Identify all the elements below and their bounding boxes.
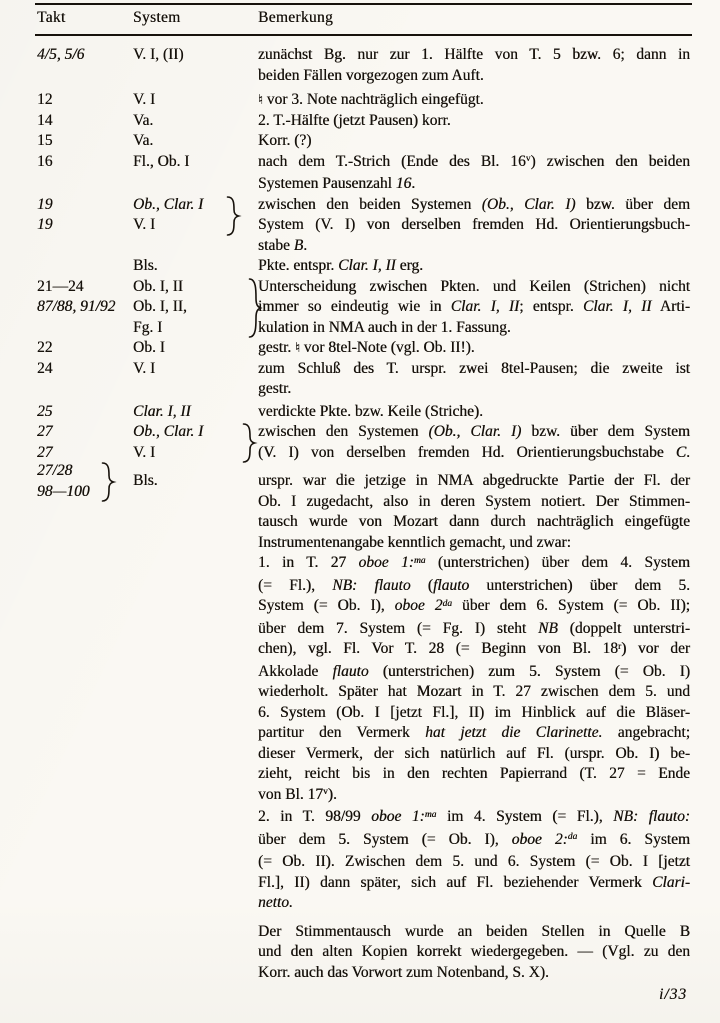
table-row: 12V. I♮ vor 3. Note nachträglich eingefü… bbox=[37, 90, 692, 111]
system-cell: Va. bbox=[133, 131, 258, 152]
takt-cell: 16 bbox=[37, 152, 133, 195]
takt-cell: 12 bbox=[37, 90, 133, 111]
document-page: Takt System Bemerkung 4/5, 5/6V. I, (II)… bbox=[0, 0, 720, 1023]
text-segment: 22 bbox=[37, 339, 53, 356]
text-segment: zum Schluß des T. urspr. zwei 8tel-Pause… bbox=[258, 360, 690, 377]
text-segment: 27 bbox=[37, 423, 53, 440]
column-header-system: System bbox=[133, 9, 180, 27]
text-segment: im 4. System (= Fl.), bbox=[436, 808, 613, 825]
text-segment: Ob., Clar. I bbox=[133, 423, 203, 440]
column-header-takt: Takt bbox=[37, 9, 66, 27]
text-segment: Instrumentenangabe kenntlich gemacht, un… bbox=[258, 534, 571, 551]
takt-text-line: 27/28 bbox=[37, 461, 133, 482]
table-row: 14Va.2. T.-Hälfte (jetzt Pausen) korr. bbox=[37, 111, 692, 132]
table-row: 25Clar. I, IIverdickte Pkte. bzw. Keile … bbox=[37, 402, 692, 423]
bem-cell: Korr. (?) bbox=[258, 131, 690, 152]
text-segment: (unterstrichen) über dem 4. System bbox=[426, 554, 690, 571]
text-segment: oboe 1: bbox=[359, 554, 414, 571]
text-segment: beiden Fällen vorgezogen zum Auft. bbox=[258, 67, 484, 84]
system-text-line: V. I bbox=[133, 443, 258, 464]
text-segment: urspr. war die jetzige in NMA abgedruckt… bbox=[258, 472, 690, 489]
text-segment: ; entspr. bbox=[519, 298, 583, 315]
bem-text-line: Korr. auch das Vorwort zum Notenband, S.… bbox=[258, 963, 690, 984]
system-text-line: Bls. bbox=[133, 471, 258, 492]
text-segment: wiederholt. Später hat Mozart in T. 27 z… bbox=[258, 683, 690, 700]
system-cell: Clar. I, II bbox=[133, 402, 258, 423]
text-segment: zunächst Bg. nur zur 1. Hälfte von T. 5 … bbox=[258, 46, 690, 63]
text-segment: Bls. bbox=[133, 472, 158, 489]
text-segment: Der Stimmentausch wurde an beiden Stelle… bbox=[258, 923, 690, 940]
bem-text-line: Fl.], II) dann später, sich auf Fl. bezi… bbox=[258, 873, 690, 894]
text-segment: Fl.], II) dann später, sich auf Fl. bezi… bbox=[258, 874, 652, 891]
bem-text-line: zunächst Bg. nur zur 1. Hälfte von T. 5 … bbox=[258, 45, 690, 66]
bem-text-line: verdickte Pkte. bzw. Keile (Striche). bbox=[258, 402, 690, 423]
bem-text-line: 6. System (Ob. I [jetzt Fl.], II) im Hin… bbox=[258, 703, 690, 724]
bem-text-line: urspr. war die jetzige in NMA abgedruckt… bbox=[258, 471, 690, 492]
text-segment: 98—100 bbox=[37, 483, 90, 500]
text-segment: Fg. I bbox=[133, 319, 162, 336]
text-segment: ( bbox=[411, 577, 433, 594]
text-segment: oboe 1: bbox=[371, 808, 425, 825]
text-segment: 14 bbox=[37, 112, 53, 129]
column-header-bemerkung: Bemerkung bbox=[258, 9, 333, 27]
bem-cell: urspr. war die jetzige in NMA abgedruckt… bbox=[258, 471, 690, 983]
text-segment: netto. bbox=[258, 894, 293, 911]
text-segment: oboe 2: bbox=[512, 831, 568, 848]
text-segment: flauto bbox=[433, 577, 469, 594]
table-row: 22Ob. Igestr. ♮ vor 8tel-Note (vgl. Ob. … bbox=[37, 338, 692, 359]
text-segment: Bls. bbox=[133, 257, 158, 274]
takt-text-line: 24 bbox=[37, 359, 133, 380]
text-segment: (V. I) von derselben fremden Hd. Orienti… bbox=[258, 444, 676, 461]
text-segment: bzw. über dem bbox=[576, 196, 690, 213]
text-segment: (= Fl.), bbox=[258, 577, 332, 594]
text-segment: nach dem T.-Strich (Ende des Bl. 16 bbox=[258, 153, 526, 170]
bem-text-line: dieser Vermerk, der sich natürlich auf F… bbox=[258, 744, 690, 765]
bem-text-line: kulation in NMA auch in der 1. Fassung. bbox=[258, 318, 690, 339]
bem-text-line: beiden Fällen vorgezogen zum Auft. bbox=[258, 66, 690, 87]
bem-text-line: von Bl. 17v). bbox=[258, 785, 690, 808]
text-segment: 4/5, 5/6 bbox=[37, 46, 84, 63]
system-cell: Ob. I, IIOb. I, II,Fg. I bbox=[133, 277, 258, 339]
table-row: Bls.Pkte. entspr. Clar. I, II erg. bbox=[37, 256, 692, 277]
takt-cell: 21—2487/88, 91/92 bbox=[37, 277, 133, 339]
takt-text-line: 27 bbox=[37, 443, 133, 464]
bem-text-line: chen), vgl. Fl. Vor T. 28 (= Beginn von … bbox=[258, 639, 690, 662]
table-row: 21—2487/88, 91/92Ob. I, IIOb. I, II,Fg. … bbox=[37, 277, 692, 339]
text-segment: unterstrichen) über dem 5. bbox=[469, 577, 690, 594]
system-cell: Ob., Clar. IV. I bbox=[133, 195, 258, 257]
table-row: 24V. Izum Schluß des T. urspr. zwei 8tel… bbox=[37, 359, 692, 400]
bem-text-line: 2. T.-Hälfte (jetzt Pausen) korr. bbox=[258, 111, 690, 132]
takt-text-line: 87/88, 91/92 bbox=[37, 297, 133, 318]
text-segment: NB bbox=[538, 620, 558, 637]
text-segment: System (V. I) von derselben fremden Hd. … bbox=[258, 216, 690, 233]
text-segment: (= Ob. II). Zwischen dem 5. und 6. Syste… bbox=[258, 853, 690, 870]
text-segment: Akkolade bbox=[258, 663, 332, 680]
takt-text-line: 4/5, 5/6 bbox=[37, 45, 133, 66]
takt-text-line: 19 bbox=[37, 215, 133, 236]
text-segment: . bbox=[686, 444, 690, 461]
text-segment: über dem 5. System (= Ob. I), bbox=[258, 831, 512, 848]
text-segment: bzw. über dem System bbox=[521, 423, 690, 440]
table-rule-header bbox=[35, 34, 692, 36]
bem-text-line: wiederholt. Später hat Mozart in T. 27 z… bbox=[258, 682, 690, 703]
takt-cell: 4/5, 5/6 bbox=[37, 45, 133, 86]
text-segment: hat jetzt die Clarinette. bbox=[425, 724, 602, 741]
text-segment: vor 3. Note nachträglich eingefügt. bbox=[263, 91, 484, 108]
text-segment: Fl., Ob. I bbox=[133, 153, 189, 170]
text-segment: Va. bbox=[133, 112, 153, 129]
text-segment: zwischen den beiden Systemen bbox=[258, 196, 482, 213]
text-segment: ). bbox=[328, 786, 337, 803]
bem-cell: zwischen den Systemen (Ob., Clar. I) bzw… bbox=[258, 422, 690, 463]
bem-text-line: Systemen Pausenzahl 16. bbox=[258, 174, 690, 195]
text-segment: . bbox=[411, 175, 415, 192]
text-segment: über dem 7. System (= Fg. I) steht bbox=[258, 620, 538, 637]
bem-cell: gestr. ♮ vor 8tel-Note (vgl. Ob. II!). bbox=[258, 338, 690, 359]
takt-text-line: 25 bbox=[37, 402, 133, 423]
system-cell: Bls. bbox=[133, 471, 258, 983]
text-segment: flauto bbox=[332, 663, 368, 680]
system-text-line: Va. bbox=[133, 131, 258, 152]
bem-text-line: Instrumentenangabe kenntlich gemacht, un… bbox=[258, 533, 690, 554]
text-segment: 27 bbox=[37, 444, 53, 461]
takt-text-line: 27 bbox=[37, 422, 133, 443]
text-segment: Clar. I, II bbox=[583, 298, 651, 315]
system-text-line: Ob. I, II bbox=[133, 277, 258, 298]
text-segment: 87/88, 91/92 bbox=[37, 298, 115, 315]
takt-cell: 27/2898—100 bbox=[37, 461, 133, 973]
bem-text-line: und den alten Kopien korrekt wiedergegeb… bbox=[258, 942, 690, 963]
text-segment: 16 bbox=[37, 153, 53, 170]
text-segment: Pkte. entspr. bbox=[258, 257, 338, 274]
text-segment: NB: flauto: bbox=[613, 808, 690, 825]
bem-text-line: zieht, reicht bis in den rechten Papierr… bbox=[258, 764, 690, 785]
text-segment: Va. bbox=[133, 132, 153, 149]
bem-text-line: gestr. bbox=[258, 379, 690, 400]
bem-text-line: über dem 7. System (= Fg. I) steht NB (d… bbox=[258, 619, 690, 640]
bem-text-line: partitur den Vermerk hat jetzt die Clari… bbox=[258, 723, 690, 744]
text-segment: 15 bbox=[37, 132, 53, 149]
bem-cell: zunächst Bg. nur zur 1. Hälfte von T. 5 … bbox=[258, 45, 690, 86]
takt-text-line: 15 bbox=[37, 131, 133, 152]
system-text-line: Ob., Clar. I bbox=[133, 422, 258, 443]
takt-text-line: 12 bbox=[37, 90, 133, 111]
text-segment: System (= Ob. I), bbox=[258, 597, 395, 614]
bem-text-line: zwischen den beiden Systemen (Ob., Clar.… bbox=[258, 195, 690, 216]
bem-text-line: Ob. I zugedacht, also in deren System no… bbox=[258, 492, 690, 513]
bem-text-line: 2. in T. 98/99 oboe 1:ma im 4. System (=… bbox=[258, 807, 690, 830]
text-segment: (Ob., Clar. I) bbox=[482, 196, 576, 213]
text-segment: ) zwischen den beiden bbox=[530, 153, 690, 170]
text-segment: V. I bbox=[133, 360, 155, 377]
bem-cell: verdickte Pkte. bzw. Keile (Striche). bbox=[258, 402, 690, 423]
text-segment: Ob. I bbox=[133, 339, 165, 356]
text-segment: erg. bbox=[396, 257, 423, 274]
bem-text-line: 1. in T. 27 oboe 1:ma (unterstrichen) üb… bbox=[258, 553, 690, 576]
bem-text-line: System (V. I) von derselben fremden Hd. … bbox=[258, 215, 690, 236]
system-cell: Ob., Clar. IV. I bbox=[133, 422, 258, 463]
page-number: i/33 bbox=[659, 986, 687, 1004]
system-text-line: V. I bbox=[133, 359, 258, 380]
text-segment: Korr. (?) bbox=[258, 132, 311, 149]
bem-text-line: gestr. ♮ vor 8tel-Note (vgl. Ob. II!). bbox=[258, 338, 690, 359]
system-cell: Fl., Ob. I bbox=[133, 152, 258, 195]
text-segment: 27/28 bbox=[37, 462, 72, 479]
text-segment: (unterstrichen) zum 5. System (= Ob. I) bbox=[369, 663, 690, 680]
text-segment: Korr. auch das Vorwort zum Notenband, S.… bbox=[258, 964, 549, 981]
takt-cell: 22 bbox=[37, 338, 133, 359]
text-segment: Ob. I, II, bbox=[133, 298, 187, 315]
takt-text-line: 21—24 bbox=[37, 277, 133, 298]
bem-text-line: Korr. (?) bbox=[258, 131, 690, 152]
bem-text-line: nach dem T.-Strich (Ende des Bl. 16v) zw… bbox=[258, 152, 690, 175]
text-segment: vor 8tel-Note (vgl. Ob. II!). bbox=[300, 339, 475, 356]
system-text-line: Va. bbox=[133, 111, 258, 132]
text-segment: kulation in NMA auch in der 1. Fassung. bbox=[258, 319, 511, 336]
bem-cell: Pkte. entspr. Clar. I, II erg. bbox=[258, 256, 690, 277]
text-segment: da bbox=[442, 599, 452, 609]
text-segment: (doppelt unterstri- bbox=[558, 620, 690, 637]
text-segment: 19 bbox=[37, 196, 53, 213]
text-segment: Ob., Clar. I bbox=[133, 196, 203, 213]
system-cell: V. I, (II) bbox=[133, 45, 258, 86]
bem-text-line: Pkte. entspr. Clar. I, II erg. bbox=[258, 256, 690, 277]
text-segment: . bbox=[303, 237, 307, 254]
takt-text-line: 98—100 bbox=[37, 482, 133, 503]
system-text-line: V. I bbox=[133, 90, 258, 111]
system-text-line: Ob., Clar. I bbox=[133, 195, 258, 216]
text-segment: ma bbox=[425, 810, 437, 820]
text-segment: dieser Vermerk, der sich natürlich auf F… bbox=[258, 745, 690, 762]
takt-cell: 15 bbox=[37, 131, 133, 152]
system-cell: Va. bbox=[133, 111, 258, 132]
text-segment: oboe 2 bbox=[395, 597, 443, 614]
text-segment: Unterscheidung zwischen Pkten. und Keile… bbox=[258, 278, 690, 295]
bem-text-line: zum Schluß des T. urspr. zwei 8tel-Pause… bbox=[258, 359, 690, 380]
system-text-line: Ob. I bbox=[133, 338, 258, 359]
text-segment: immer so eindeutig wie in bbox=[258, 298, 451, 315]
text-segment: 24 bbox=[37, 360, 53, 377]
system-text-line: Ob. I, II, bbox=[133, 297, 258, 318]
table-row: 1919Ob., Clar. IV. Izwischen den beiden … bbox=[37, 195, 692, 257]
bem-text-line: tausch wurde von Mozart dann durch nacht… bbox=[258, 512, 690, 533]
text-segment: da bbox=[568, 832, 578, 842]
text-segment: ) vor der bbox=[621, 640, 690, 657]
system-text-line: V. I bbox=[133, 215, 258, 236]
text-segment: Arti- bbox=[651, 298, 690, 315]
table-row: 15Va.Korr. (?) bbox=[37, 131, 692, 152]
text-segment: (Ob., Clar. I) bbox=[428, 423, 521, 440]
bem-text-line: (V. I) von derselben fremden Hd. Orienti… bbox=[258, 443, 690, 464]
text-segment: V. I bbox=[133, 91, 155, 108]
bem-text-line: stabe B. bbox=[258, 236, 690, 257]
text-segment: verdickte Pkte. bzw. Keile (Striche). bbox=[258, 403, 483, 420]
text-segment: zieht, reicht bis in den rechten Papierr… bbox=[258, 765, 690, 782]
bem-cell: Unterscheidung zwischen Pkten. und Keile… bbox=[258, 277, 690, 339]
system-text-line: V. I, (II) bbox=[133, 45, 258, 66]
text-segment: 19 bbox=[37, 216, 53, 233]
text-segment: ma bbox=[414, 556, 426, 566]
bem-text-line: (= Ob. II). Zwischen dem 5. und 6. Syste… bbox=[258, 852, 690, 873]
text-segment: V. I, (II) bbox=[133, 46, 184, 63]
text-segment: Systemen Pausenzahl bbox=[258, 175, 396, 192]
bem-cell: zum Schluß des T. urspr. zwei 8tel-Pause… bbox=[258, 359, 690, 400]
takt-text-line: 14 bbox=[37, 111, 133, 132]
text-segment: von Bl. 17 bbox=[258, 786, 323, 803]
bem-text-line: Akkolade flauto (unterstrichen) zum 5. S… bbox=[258, 662, 690, 683]
text-segment: chen), vgl. Fl. Vor T. 28 (= Beginn von … bbox=[258, 640, 618, 657]
text-segment: im 6. System bbox=[577, 831, 690, 848]
bem-text-line: Der Stimmentausch wurde an beiden Stelle… bbox=[258, 922, 690, 943]
text-segment: 16 bbox=[396, 175, 412, 192]
text-segment: Ob. I, II bbox=[133, 278, 183, 295]
text-segment: Clar. I, II bbox=[338, 257, 396, 274]
text-segment: 2. T.-Hälfte (jetzt Pausen) korr. bbox=[258, 112, 451, 129]
text-segment: 6. System (Ob. I [jetzt Fl.], II) im Hin… bbox=[258, 704, 690, 721]
text-segment: r bbox=[618, 642, 621, 652]
takt-text-line: 16 bbox=[37, 152, 133, 173]
bem-text-line: zwischen den Systemen (Ob., Clar. I) bzw… bbox=[258, 422, 690, 443]
takt-cell: 1919 bbox=[37, 195, 133, 257]
text-segment: Ob. I zugedacht, also in deren System no… bbox=[258, 493, 690, 510]
bem-cell: 2. T.-Hälfte (jetzt Pausen) korr. bbox=[258, 111, 690, 132]
bem-cell: ♮ vor 3. Note nachträglich eingefügt. bbox=[258, 90, 690, 111]
bem-text-line: netto. bbox=[258, 893, 690, 914]
takt-cell: 14 bbox=[37, 111, 133, 132]
system-cell: Bls. bbox=[133, 256, 258, 277]
text-segment: gestr. bbox=[258, 339, 295, 356]
text-segment: gestr. bbox=[258, 380, 291, 397]
annotation-table: 4/5, 5/6V. I, (II)zunächst Bg. nur zur 1… bbox=[37, 45, 692, 983]
system-text-line: Fg. I bbox=[133, 318, 258, 339]
text-segment: über dem 6. System (= Ob. II); bbox=[452, 597, 690, 614]
system-cell: V. I bbox=[133, 359, 258, 400]
text-segment: C bbox=[676, 444, 686, 461]
text-segment: angebracht; bbox=[602, 724, 690, 741]
system-text-line: Bls. bbox=[133, 256, 258, 277]
text-segment: partitur den Vermerk bbox=[258, 724, 425, 741]
text-segment: 25 bbox=[37, 403, 53, 420]
system-text-line: Fl., Ob. I bbox=[133, 152, 258, 173]
text-segment: NB: flauto bbox=[332, 577, 410, 594]
text-segment: 2. in T. 98/99 bbox=[258, 808, 371, 825]
table-row: 4/5, 5/6V. I, (II)zunächst Bg. nur zur 1… bbox=[37, 45, 692, 86]
text-segment: v bbox=[323, 787, 328, 797]
text-segment: tausch wurde von Mozart dann durch nacht… bbox=[258, 513, 690, 530]
bem-text-line: ♮ vor 3. Note nachträglich eingefügt. bbox=[258, 90, 690, 111]
bem-text-line: Unterscheidung zwischen Pkten. und Keile… bbox=[258, 277, 690, 298]
text-segment: B bbox=[294, 237, 303, 254]
table-rule-top bbox=[35, 3, 692, 5]
text-segment: 21—24 bbox=[37, 278, 84, 295]
table-row: 16Fl., Ob. Inach dem T.-Strich (Ende des… bbox=[37, 152, 692, 195]
bem-text-line: über dem 5. System (= Ob. I), oboe 2:da … bbox=[258, 830, 690, 853]
text-segment: v bbox=[526, 154, 531, 164]
takt-text-line: 19 bbox=[37, 195, 133, 216]
text-segment: Clar. I, II bbox=[451, 298, 519, 315]
takt-text-line: 22 bbox=[37, 338, 133, 359]
text-segment: V. I bbox=[133, 216, 155, 233]
text-segment: stabe bbox=[258, 237, 294, 254]
system-text-line: Clar. I, II bbox=[133, 402, 258, 423]
text-segment: zwischen den Systemen bbox=[258, 423, 428, 440]
table-row: 27/2898—100Bls.urspr. war die jetzige in… bbox=[37, 471, 692, 983]
bem-text-line: immer so eindeutig wie in Clar. I, II; e… bbox=[258, 297, 690, 318]
takt-cell bbox=[37, 256, 133, 277]
takt-cell: 25 bbox=[37, 402, 133, 423]
text-segment: V. I bbox=[133, 444, 155, 461]
text-segment: und den alten Kopien korrekt wiedergegeb… bbox=[258, 943, 690, 960]
takt-cell: 2727 bbox=[37, 422, 133, 463]
bem-cell: nach dem T.-Strich (Ende des Bl. 16v) zw… bbox=[258, 152, 690, 195]
table-row: 2727Ob., Clar. IV. Izwischen den Systeme… bbox=[37, 422, 692, 463]
text-segment: 12 bbox=[37, 91, 53, 108]
text-segment: 1. in T. 27 bbox=[258, 554, 359, 571]
takt-cell: 24 bbox=[37, 359, 133, 400]
system-cell: V. I bbox=[133, 90, 258, 111]
text-segment: Clar. I, II bbox=[133, 403, 191, 420]
bem-text-line: System (= Ob. I), oboe 2da über dem 6. S… bbox=[258, 596, 690, 619]
text-segment: Clari- bbox=[652, 874, 690, 891]
bem-text-line: (= Fl.), NB: flauto (flauto unterstriche… bbox=[258, 576, 690, 597]
bem-cell: zwischen den beiden Systemen (Ob., Clar.… bbox=[258, 195, 690, 257]
system-cell: Ob. I bbox=[133, 338, 258, 359]
